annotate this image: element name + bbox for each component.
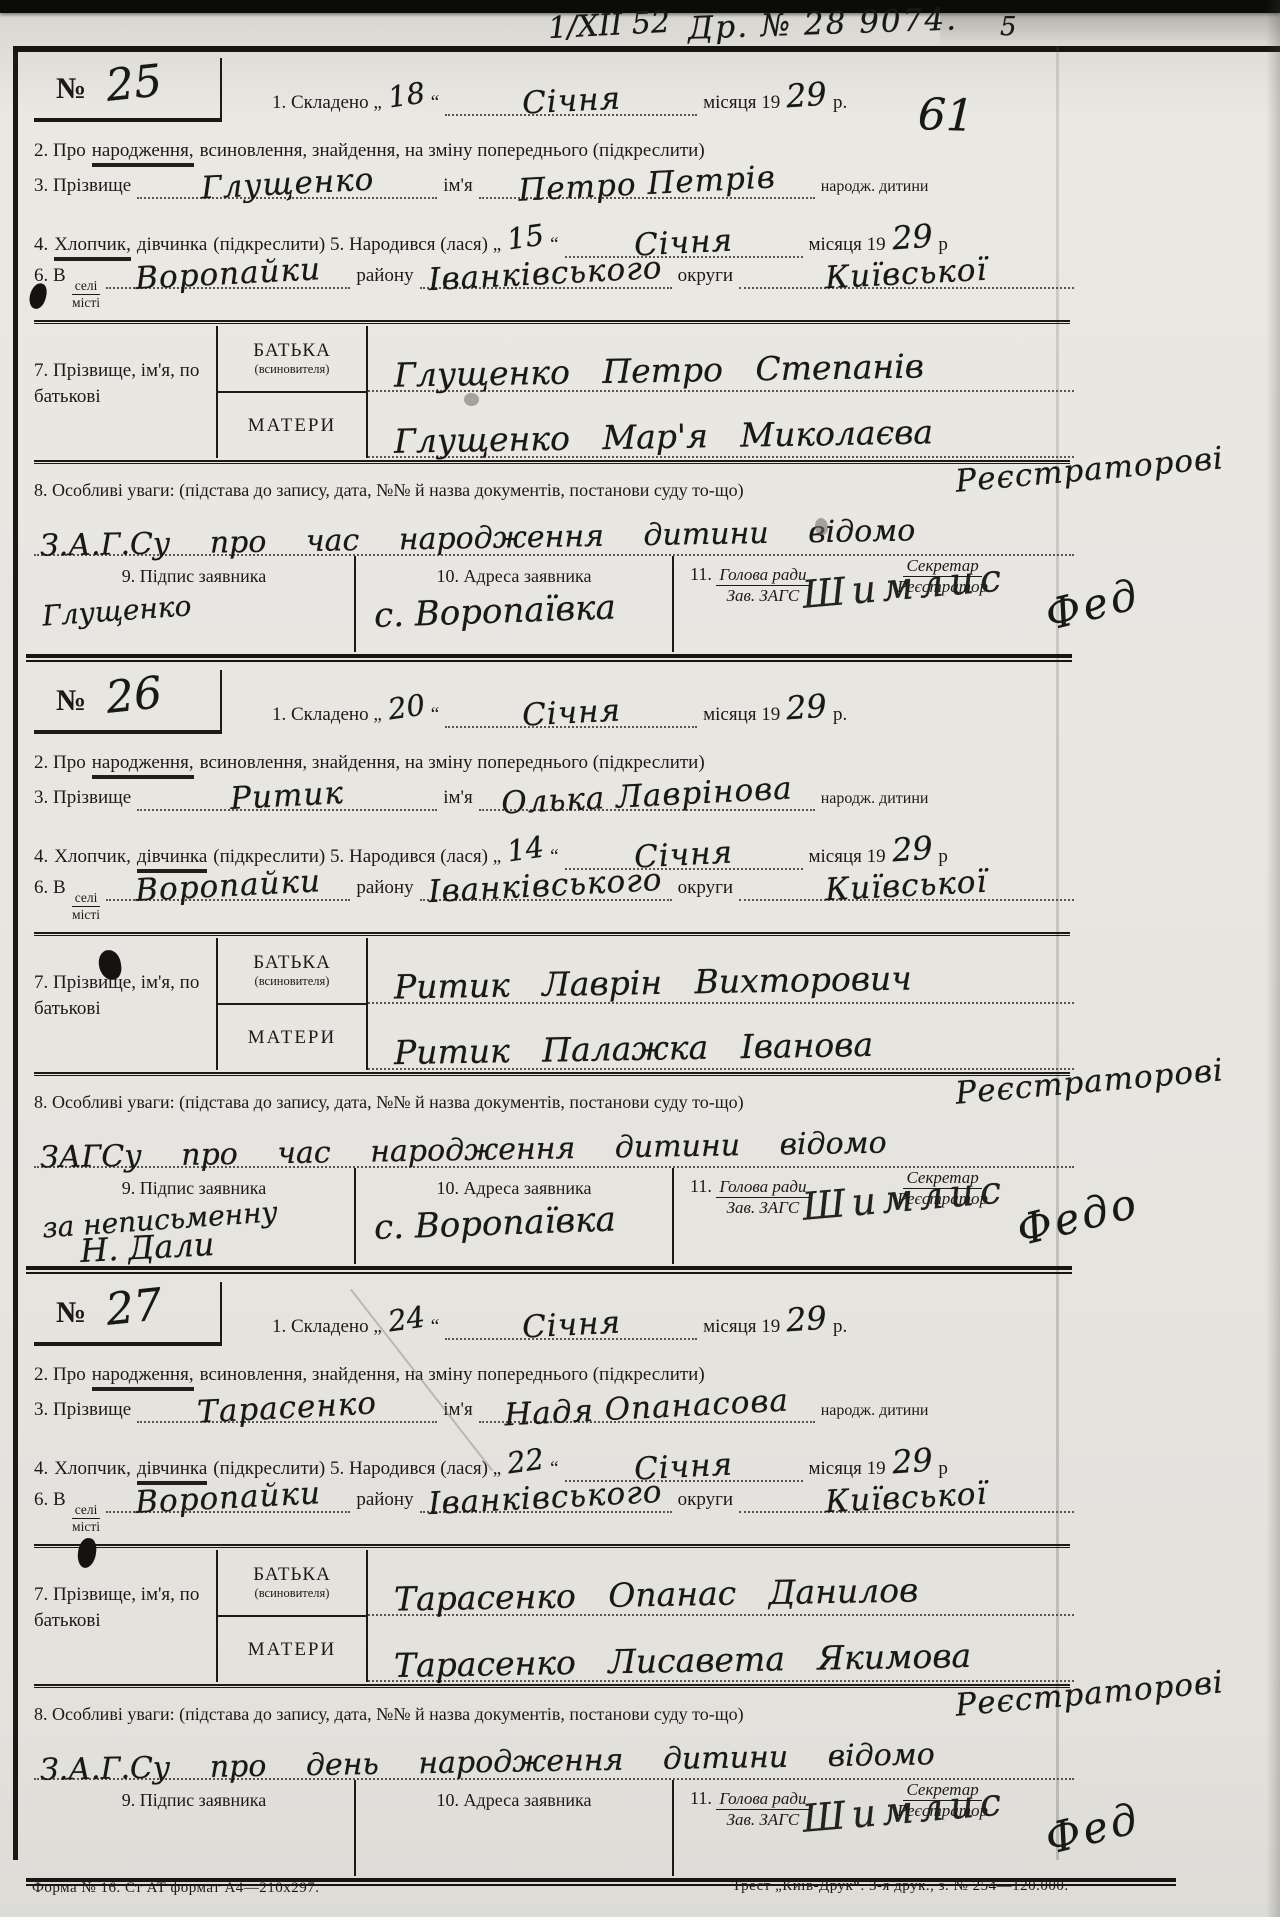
composed-month: Січня [522,1315,621,1334]
born-month-year-label: місяця 19 [809,1458,886,1480]
child-birth-label: народж. дитини [821,178,929,196]
mother-value: Глущенко Мар'я Миколаєва [394,412,934,460]
record-header: № 27 1. Складено „ 24 “ Січня місяця 19 … [34,1276,1074,1356]
okruha-field: Київської [739,1488,1074,1513]
remarks-line: 8. Особливі уваги: (підстава до запису, … [34,1078,1074,1124]
boy-word: Хлопчик, [54,846,131,868]
born-label: (підкреслити) 5. Народився (лася) „ [213,234,501,256]
composed-month-field: Січня [445,1315,697,1340]
item11-label: 11. [690,564,712,584]
rule [34,320,1070,324]
page-number-note: 5 [1000,12,1017,42]
quote-mark: “ [431,92,439,114]
place-label: 6. В [34,877,66,899]
district-field: Іванківського [420,264,672,289]
village-value: Воропайки [135,262,321,286]
year-suffix: р. [833,704,847,726]
parents-row: 7. Прізвище, ім'я, по батькові БАТЬКА (в… [34,326,1074,458]
surname-field: Глущенко [137,174,437,199]
applicant-address-label: 10. Адреса заявника [356,1178,672,1199]
remarks-label: 8. Особливі уваги: (підстава до запису, … [34,1092,744,1112]
parents-row: 7. Прізвище, ім'я, по батькові БАТЬКА (в… [34,1550,1074,1682]
born-year-suffix: р [938,846,948,868]
head-fraction: Голова радиЗав. ЗАГС [716,1177,809,1217]
quote-mark: “ [431,704,439,726]
place-line: 6. В селімісті Воропайки району Іванківс… [34,264,1074,318]
born-year: 29 [890,217,933,258]
record-25: № 25 1. Складено „ 18 “ Січня місяця 19 … [18,52,1074,662]
father-value: Ритик Лаврін Вихторович [394,958,912,1006]
name-label: ім'я [443,787,472,809]
born-year-suffix: р [938,234,948,256]
officials-cell: 11. Голова радиЗав. ЗАГС Шимлис Секретар… [674,1168,1074,1264]
parents-label: 7. Прізвище, ім'я, по батькові [34,326,216,458]
event-type-line: 2. Про народження, всиновлення, знайденн… [34,744,1074,786]
name-field: Надя Опанасова [479,1398,815,1423]
year-suffix: р. [833,92,847,114]
mother-label: МАТЕРИ [248,1027,336,1049]
composed-year: 29 [785,75,828,116]
archival-date-note: 1/ХІІ 52 [547,5,671,46]
remarks-label: 8. Особливі уваги: (підстава до запису, … [34,480,744,500]
name-value: Надя Опанасова [504,1394,789,1423]
item11-label: 11. [690,1788,712,1808]
applicant-address-label: 10. Адреса заявника [356,566,672,587]
head-label: Голова ради [716,1789,809,1810]
girl-word: дівчинка [137,234,207,256]
zags-label: Зав. ЗАГС [727,586,800,606]
record-header: № 26 1. Складено „ 20 “ Січня місяця 19 … [34,664,1074,744]
parents-header-cells: БАТЬКА (всиновителя) МАТЕРИ [216,938,368,1070]
paper-shade [940,13,1280,47]
town-word: місті [72,295,100,311]
village-value: Воропайки [135,874,321,898]
item4-label: 4. [34,846,48,868]
record-separator [26,1266,1072,1274]
surname-value: Глущенко [201,172,375,195]
zags-label: Зав. ЗАГС [727,1198,800,1218]
event-underlined-word: народження, [92,140,194,167]
village-town-fraction: селімісті [72,1502,101,1534]
father-cell: БАТЬКА (всиновителя) [218,1550,366,1617]
rule [34,1072,1070,1076]
applicant-address-value: с. Воропаївка [355,1197,672,1248]
remarks-label: 8. Особливі уваги: (підстава до запису, … [34,1704,744,1724]
officials-cell: 11. Голова радиЗав. ЗАГС Шимлис Секретар… [674,556,1074,652]
district-label: району [356,1489,413,1511]
composed-line: 1. Складено „ 18 “ Січня місяця 19 29 р. [272,78,847,116]
surname-value: Тарасенко [197,1396,377,1419]
composed-day: 18 [386,76,427,115]
quote-mark: “ [550,234,558,256]
father-line: Тарасенко Опанас Данилов [368,1550,1074,1616]
village-word: селі [72,278,101,295]
printer-footer: Трест „Київ-Друк“. 3-я друк., з. № 254—1… [732,1878,1069,1895]
adopter-label: (всиновителя) [255,974,330,989]
father-value: Глущенко Петро Степанів [394,346,925,394]
boy-word: Хлопчик, [54,234,131,261]
event-rest: всиновлення, знайдення, на зміну поперед… [200,140,705,162]
father-label: БАТЬКА [253,1564,331,1586]
secretary-fraction: СекретарРеєстратор [897,556,988,596]
composed-year: 29 [785,1299,828,1340]
born-year: 29 [890,829,933,870]
composed-label: 1. Складено „ [272,704,382,726]
place-label: 6. В [34,1489,66,1511]
composed-label: 1. Складено „ [272,1316,382,1338]
applicant-signature-cell: 9. Підпис заявника [34,1780,356,1876]
okruha-field: Київської [739,876,1074,901]
mother-line: Ритик Палажка Іванова [368,1004,1074,1070]
parents-header-cells: БАТЬКА (всиновителя) МАТЕРИ [216,326,368,458]
father-cell: БАТЬКА (всиновителя) [218,326,366,393]
mother-line: Тарасенко Лисавета Якимова [368,1616,1074,1682]
place-line: 6. В селімісті Воропайки району Іванківс… [34,1488,1074,1542]
signature-row: 9. Підпис заявника за неписьменну Н. Дал… [34,1168,1074,1264]
record-number-value: 26 [104,667,165,724]
remarks-line: 8. Особливі уваги: (підстава до запису, … [34,466,1074,512]
quote-mark: “ [550,1458,558,1480]
district-label: району [356,877,413,899]
record-number-box: № 27 [34,1282,222,1346]
parents-label: 7. Прізвище, ім'я, по батькові [34,1550,216,1682]
okruha-value: Київської [825,1487,988,1509]
father-value: Тарасенко Опанас Данилов [394,1570,919,1618]
no-label: № [56,72,86,105]
village-field: Воропайки [106,1488,350,1513]
district-field: Іванківського [420,1488,672,1513]
parents-header-cells: БАТЬКА (всиновителя) МАТЕРИ [216,1550,368,1682]
event-prefix: 2. Про [34,1364,86,1386]
mother-label: МАТЕРИ [248,1639,336,1661]
father-cell: БАТЬКА (всиновителя) [218,938,366,1005]
born-month-year-label: місяця 19 [809,846,886,868]
event-underlined-word: народження, [92,1364,194,1391]
district-label: району [356,265,413,287]
boy-word: Хлопчик, [54,1458,131,1480]
signature-row: 9. Підпис заявника Глущенко 10. Адреса з… [34,556,1074,652]
born-label: (підкреслити) 5. Народився (лася) „ [213,846,501,868]
rule [34,932,1070,936]
born-month-year-label: місяця 19 [809,234,886,256]
child-birth-label: народж. дитини [821,1402,929,1420]
village-town-fraction: селімісті [72,278,101,310]
born-day: 22 [505,1442,546,1481]
surname-label: 3. Прізвище [34,1399,131,1421]
item4-label: 4. [34,1458,48,1480]
father-line: Глущенко Петро Степанів [368,326,1074,392]
applicant-address-label: 10. Адреса заявника [356,1790,672,1811]
scanned-registry-page: 1/ХІІ 52 Др. № 28 9074. 5 61 № 25 1. Скл… [0,0,1280,1917]
composed-day: 20 [386,688,427,727]
born-year-suffix: р [938,1458,948,1480]
born-year: 29 [890,1441,933,1482]
registrar-label: Реєстратор [897,1801,988,1821]
mother-value: Ритик Палажка Іванова [394,1025,874,1072]
form-number-footer: Форма № 16. Ст АТ формат А4—210х297. [32,1880,320,1897]
item11-label: 11. [690,1176,712,1196]
applicant-address-value [356,1809,672,1820]
name-value: Олька Лаврінова [501,781,793,810]
okruha-value: Київської [825,875,988,897]
applicant-address-cell: 10. Адреса заявника [356,1780,674,1876]
name-label: ім'я [443,175,472,197]
month-year-label: місяця 19 [703,704,780,726]
father-label: БАТЬКА [253,340,331,362]
parents-values: Тарасенко Опанас Данилов Тарасенко Лисав… [368,1550,1074,1682]
village-town-fraction: селімісті [72,890,101,922]
okruha-label: округи [678,1489,733,1511]
name-field: Олька Лаврінова [479,786,815,811]
ink-smudge-2 [815,518,828,535]
surname-label: 3. Прізвище [34,175,131,197]
remarks-handwriting-line: З.А.Г.Су про день народження дитини відо… [34,1736,1074,1780]
record-separator [26,654,1072,662]
rule [34,1684,1070,1688]
event-prefix: 2. Про [34,752,86,774]
secretary-label: Секретар [903,556,981,577]
village-value: Воропайки [135,1486,321,1510]
father-line: Ритик Лаврін Вихторович [368,938,1074,1004]
secretary-signature: Фед [1040,569,1144,640]
village-field: Воропайки [106,876,350,901]
place-line: 6. В селімісті Воропайки району Іванківс… [34,876,1074,930]
head-label: Голова ради [716,1177,809,1198]
applicant-signature-cell: 9. Підпис заявника Глущенко [34,556,356,652]
applicant-address-cell: 10. Адреса заявника с. Воропаївка [356,556,674,652]
composed-month-field: Січня [445,703,697,728]
surname-label: 3. Прізвище [34,787,131,809]
head-fraction: Голова радиЗав. ЗАГС [716,1789,809,1829]
secretary-signature: Фед [1040,1793,1144,1864]
composed-label: 1. Складено „ [272,92,382,114]
secretary-label: Секретар [903,1168,981,1189]
name-field: Петро Петрів [479,174,815,199]
record-number-box: № 26 [34,670,222,734]
district-value: Іванківського [428,1485,663,1511]
okruha-label: округи [678,877,733,899]
okruha-field: Київської [739,264,1074,289]
town-word: місті [72,907,100,923]
head-label: Голова ради [716,565,809,586]
remarks-line: 8. Особливі уваги: (підстава до запису, … [34,1690,1074,1736]
applicant-signature-cell: 9. Підпис заявника за неписьменну Н. Дал… [34,1168,356,1264]
composed-month-field: Січня [445,91,697,116]
district-field: Іванківського [420,876,672,901]
signature-row: 9. Підпис заявника 10. Адреса заявника 1… [34,1780,1074,1876]
secretary-fraction: СекретарРеєстратор [897,1168,988,1208]
remarks-handwriting-line: З.А.Г.Су про час народження дитини відом… [34,512,1074,556]
okruha-value: Київської [825,263,988,285]
applicant-address-value: с. Воропаївка [355,585,672,636]
born-day: 14 [505,830,546,869]
district-value: Іванківського [428,873,663,899]
mother-label: МАТЕРИ [248,415,336,437]
adopter-label: (всиновителя) [255,1586,330,1601]
town-word: місті [72,1519,100,1535]
parents-values: Ритик Лаврін Вихторович Ритик Палажка Ів… [368,938,1074,1070]
secretary-signature: Федо [1012,1178,1144,1255]
zags-label: Зав. ЗАГС [727,1810,800,1830]
month-year-label: місяця 19 [703,1316,780,1338]
father-label: БАТЬКА [253,952,331,974]
applicant-signature-label: 9. Підпис заявника [34,1790,354,1811]
composed-month: Січня [522,703,621,722]
secretary-label: Секретар [903,1780,981,1801]
month-year-label: місяця 19 [703,92,780,114]
record-number-box: № 25 [34,58,222,122]
event-underlined-word: народження, [92,752,194,779]
mother-cell: МАТЕРИ [218,1617,366,1682]
mother-cell: МАТЕРИ [218,393,366,458]
applicant-address-cell: 10. Адреса заявника с. Воропаївка [356,1168,674,1264]
parents-label: 7. Прізвище, ім'я, по батькові [34,938,216,1070]
event-type-line: 2. Про народження, всиновлення, знайденн… [34,1356,1074,1398]
child-birth-label: народж. дитини [821,790,929,808]
event-rest: всиновлення, знайдення, на зміну поперед… [200,1364,705,1386]
event-rest: всиновлення, знайдення, на зміну поперед… [200,752,705,774]
parents-values: Глущенко Петро Степанів Глущенко Мар'я М… [368,326,1074,458]
record-number-value: 27 [104,1279,165,1336]
quote-mark: “ [550,846,558,868]
village-word: селі [72,1502,101,1519]
record-26: № 26 1. Складено „ 20 “ Січня місяця 19 … [18,664,1074,1274]
okruha-label: округи [678,265,733,287]
parents-row: 7. Прізвище, ім'я, по батькові БАТЬКА (в… [34,938,1074,1070]
no-label: № [56,684,86,717]
surname-field: Тарасенко [137,1398,437,1423]
secretary-fraction: СекретарРеєстратор [897,1780,988,1820]
village-field: Воропайки [106,264,350,289]
surname-field: Ритик [137,786,437,811]
no-label: № [56,1296,86,1329]
child-name-line: 3. Прізвище Глущенко ім'я Петро Петрів н… [34,174,1074,220]
item4-label: 4. [34,234,48,256]
record-27: № 27 1. Складено „ 24 “ Січня місяця 19 … [18,1276,1074,1886]
child-name-line: 3. Прізвище Ритик ім'я Олька Лаврінова н… [34,786,1074,832]
officials-cell: 11. Голова радиЗав. ЗАГС Шимлис Секретар… [674,1780,1074,1876]
registrar-label: Реєстратор [897,1189,988,1209]
adopter-label: (всиновителя) [255,362,330,377]
quote-mark: “ [431,1316,439,1338]
rule [34,1544,1070,1548]
name-label: ім'я [443,1399,472,1421]
surname-value: Ритик [230,786,344,806]
registrar-label: Реєстратор [897,577,988,597]
mother-cell: МАТЕРИ [218,1005,366,1070]
record-number-value: 25 [104,55,165,112]
mother-value: Тарасенко Лисавета Якимова [394,1636,972,1685]
remarks-handwriting-line: ЗАГСу про час народження дитини відомо [34,1124,1074,1168]
composed-month: Січня [522,91,621,110]
rule [34,460,1070,464]
composed-line: 1. Складено „ 24 “ Січня місяця 19 29 р. [272,1302,847,1340]
ink-smudge-1 [464,393,479,406]
registry-form: № 25 1. Складено „ 18 “ Січня місяця 19 … [13,46,1280,1860]
name-value: Петро Петрів [518,170,776,197]
village-word: селі [72,890,101,907]
born-day: 15 [505,218,546,257]
head-fraction: Голова радиЗав. ЗАГС [716,565,809,605]
event-type-line: 2. Про народження, всиновлення, знайденн… [34,132,1074,174]
composed-line: 1. Складено „ 20 “ Січня місяця 19 29 р. [272,690,847,728]
record-header: № 25 1. Складено „ 18 “ Січня місяця 19 … [34,52,1074,132]
district-value: Іванківського [428,261,663,287]
composed-year: 29 [785,687,828,728]
event-prefix: 2. Про [34,140,86,162]
born-label: (підкреслити) 5. Народився (лася) „ [213,1458,501,1480]
child-name-line: 3. Прізвище Тарасенко ім'я Надя Опанасов… [34,1398,1074,1444]
year-suffix: р. [833,1316,847,1338]
composed-day: 24 [386,1300,427,1339]
